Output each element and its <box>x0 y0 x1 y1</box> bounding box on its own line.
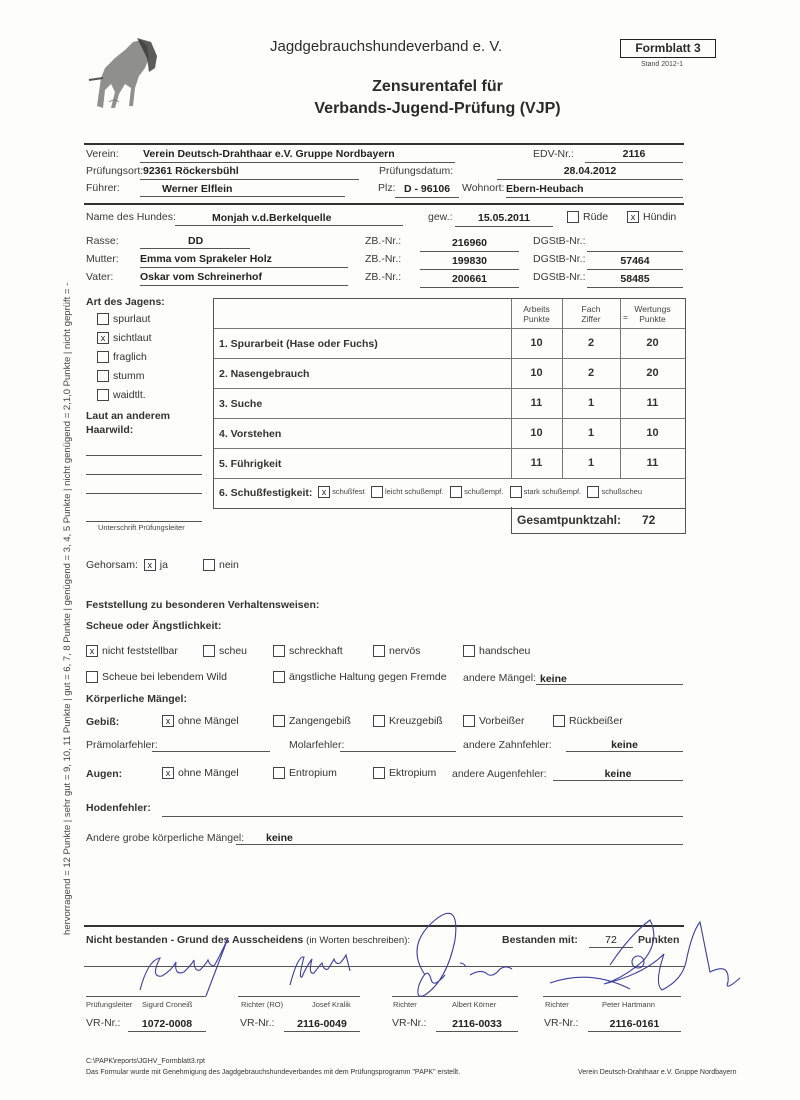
option-label: ohne Mängel <box>178 715 239 727</box>
option-label: stumm <box>113 370 145 382</box>
checkbox[interactable] <box>510 486 522 498</box>
verein-label: Verein: <box>86 148 119 160</box>
option-label: stark schußempf. <box>524 487 582 496</box>
col-arbeits-header: ArbeitsPunkte <box>511 304 562 324</box>
jagen-options: spurlaut xsichtlaut fraglich stumm waidt… <box>97 313 152 408</box>
molar-field[interactable] <box>340 739 456 752</box>
koerper-title: Körperliche Mängel: <box>86 693 187 705</box>
judge-name: Albert Körner <box>452 1000 496 1009</box>
vr-label: VR-Nr.: <box>544 1017 578 1029</box>
gebiss-option[interactable]: Zangengebiß <box>273 715 351 727</box>
score-row: 5. Führigkeit 11 1 11 <box>214 448 685 479</box>
praemolar-label: Prämolarfehler: <box>86 739 158 751</box>
row-label: 5. Führigkeit <box>219 458 281 470</box>
edv-label: EDV-Nr.: <box>533 148 574 160</box>
checkbox[interactable]: x <box>162 715 174 727</box>
option-label: Ektropium <box>389 767 436 779</box>
checkbox[interactable] <box>273 715 285 727</box>
augen-option[interactable]: Entropium <box>273 767 337 779</box>
form-version: Stand 2012-1 <box>641 61 683 68</box>
wertung-cell: 20 <box>620 367 685 379</box>
col-wertung-header: WertungsPunkte <box>620 304 685 324</box>
vr-label: VR-Nr.: <box>240 1017 274 1029</box>
checkbox[interactable] <box>97 389 109 401</box>
vater-zb-label: ZB.-Nr.: <box>365 271 401 283</box>
hoden-label: Hodenfehler: <box>86 802 151 814</box>
fach-cell: 1 <box>562 457 620 469</box>
grobe-maengel-field[interactable]: keine <box>236 832 683 845</box>
equals-sign: = <box>623 312 628 322</box>
mutter-label: Mutter: <box>86 253 119 265</box>
judge-name: Peter Hartmann <box>602 1000 655 1009</box>
verhalten-title: Feststellung zu besonderen Verhaltenswei… <box>86 599 319 611</box>
total-label: Gesamtpunktzahl: <box>517 513 621 527</box>
row-label: 2. Nasengebrauch <box>219 368 309 380</box>
arbeits-cell[interactable]: 11 <box>511 397 562 409</box>
huendin-box[interactable]: x <box>627 211 639 223</box>
vr-label: VR-Nr.: <box>86 1017 120 1029</box>
gebiss-option[interactable]: Vorbeißer <box>463 715 525 727</box>
jagen-option[interactable]: spurlaut <box>97 313 152 332</box>
checkbox[interactable] <box>373 715 385 727</box>
option-label: leicht schußempf. <box>385 487 444 496</box>
gebiss-option[interactable]: xohne Mängel <box>162 715 239 727</box>
jagen-option[interactable]: stumm <box>97 370 152 389</box>
zahnfehler-field[interactable]: keine <box>566 739 683 752</box>
augenfehler-field[interactable]: keine <box>553 768 683 781</box>
vater-field[interactable]: Oskar vom Schreinerhof <box>140 271 348 286</box>
option-label: spurlaut <box>113 313 150 325</box>
dgstb-label: DGStB-Nr.: <box>533 235 586 247</box>
fach-cell: 1 <box>562 397 620 409</box>
score-row: 4. Vorstehen 10 1 10 <box>214 418 685 449</box>
gehorsam-nein[interactable]: nein <box>203 559 239 571</box>
arbeits-cell[interactable]: 10 <box>511 337 562 349</box>
judge-name: Josef Kralik <box>312 1000 351 1009</box>
fach-cell: 2 <box>562 337 620 349</box>
laut-line-2[interactable] <box>86 474 202 475</box>
total-box: Gesamtpunktzahl: 72 <box>511 507 686 534</box>
vr-label: VR-Nr.: <box>392 1017 426 1029</box>
checkbox[interactable] <box>463 715 475 727</box>
checkbox[interactable] <box>450 486 462 498</box>
jagen-option[interactable]: waidtlt. <box>97 389 152 408</box>
checkbox[interactable] <box>97 370 109 382</box>
gehorsam-row: Gehorsam: xja <box>86 559 168 571</box>
vr-field[interactable]: 2116-0161 <box>588 1018 681 1032</box>
checkbox[interactable] <box>273 767 285 779</box>
signature-label: Unterschrift Prüfungsleiter <box>98 523 185 532</box>
wohnort-label: Wohnort: <box>462 182 504 194</box>
gehorsam-label: Gehorsam: <box>86 559 138 571</box>
option-label: schreckhaft <box>289 645 343 657</box>
total-value: 72 <box>642 513 655 527</box>
wohnort-field[interactable]: Ebern-Heubach <box>506 183 683 198</box>
organization-name: Jagdgebrauchshundeverband e. V. <box>270 38 502 55</box>
jagen-option[interactable]: xsichtlaut <box>97 332 152 351</box>
schuss-option[interactable]: schußempf. <box>450 487 503 496</box>
augen-option[interactable]: Ektropium <box>373 767 436 779</box>
pruefungsort-field[interactable]: 92361 Röckersbühl <box>140 165 359 180</box>
vater-dgstb-label: DGStB-Nr.: <box>533 271 586 283</box>
judge-role: Prüfungsleiter <box>86 1000 132 1009</box>
checkbox[interactable] <box>587 486 599 498</box>
scheue-option[interactable]: scheu <box>203 645 247 657</box>
handwritten-signatures-icon <box>80 905 800 1015</box>
option-label: Scheue bei lebendem Wild <box>102 671 227 683</box>
jagen-title: Art des Jagens: <box>86 296 165 308</box>
arbeits-cell[interactable]: 10 <box>511 427 562 439</box>
vater-dgstb-field[interactable]: 58485 <box>587 273 683 288</box>
ruede-label: Rüde <box>583 211 608 223</box>
ja-label: ja <box>160 559 168 571</box>
col-fach-header: FachZiffer <box>562 304 620 324</box>
laut-line-3[interactable] <box>86 493 202 494</box>
scheue-option[interactable]: ängstliche Haltung gegen Fremde <box>273 671 447 683</box>
option-label: Vorbeißer <box>479 715 525 727</box>
augen-label: Augen: <box>86 768 122 780</box>
option-label: fraglich <box>113 351 147 363</box>
row-label: 1. Spurarbeit (Hase oder Fuchs) <box>219 338 378 350</box>
option-label: scheu <box>219 645 247 657</box>
option-label: nicht feststellbar <box>102 645 178 657</box>
augenfehler-label: andere Augenfehler: <box>452 768 547 780</box>
hundename-field[interactable]: Monjah v.d.Berkelquelle <box>175 212 403 226</box>
wertung-cell: 11 <box>620 457 685 469</box>
gehorsam-ja-checkbox[interactable]: x <box>144 559 156 571</box>
page-title-line1: Zensurentafel für <box>0 78 800 96</box>
option-label: Zangengebiß <box>289 715 351 727</box>
schuss-options: x schußfest leicht schußempf. schußempf.… <box>318 486 642 498</box>
gehorsam-nein-checkbox[interactable] <box>203 559 215 571</box>
schuss-label: 6. Schußfestigkeit: <box>219 487 312 499</box>
praemolar-field[interactable] <box>152 739 270 752</box>
ruede-box[interactable] <box>567 211 579 223</box>
schuss-option[interactable]: stark schußempf. <box>510 487 582 496</box>
option-label: sichtlaut <box>113 332 152 344</box>
rasse-label: Rasse: <box>86 235 119 247</box>
jagen-option[interactable]: fraglich <box>97 351 152 370</box>
gebiss-option[interactable]: Rückbeißer <box>553 715 623 727</box>
andere-maengel-label: andere Mängel: <box>463 672 536 684</box>
mutter-zb-field[interactable]: 199830 <box>420 255 519 270</box>
checkbox[interactable]: x <box>318 486 330 498</box>
option-label: Entropium <box>289 767 337 779</box>
gew-label: gew.: <box>428 211 453 223</box>
checkbox[interactable] <box>97 313 109 325</box>
mutter-dgstb-label: DGStB-Nr.: <box>533 253 586 265</box>
schuss-option[interactable]: x schußfest <box>318 487 365 496</box>
vater-zb-field[interactable]: 200661 <box>420 273 519 288</box>
nein-label: nein <box>219 559 239 571</box>
judge-role: Richter <box>393 1000 417 1009</box>
zb-label: ZB.-Nr.: <box>365 235 401 247</box>
row-label: 3. Suche <box>219 398 262 410</box>
gebiss-label: Gebiß: <box>86 716 119 728</box>
scheue-option[interactable]: schreckhaft <box>273 645 343 657</box>
score-row: 1. Spurarbeit (Hase oder Fuchs) 10 2 20 <box>214 328 685 359</box>
molar-label: Molarfehler: <box>289 739 344 751</box>
hundename-label: Name des Hundes: <box>86 211 176 223</box>
schuss-option[interactable]: leicht schußempf. <box>371 487 444 496</box>
pruefungsdatum-label: Prüfungsdatum: <box>379 165 453 177</box>
huendin-label: Hündin <box>643 211 676 223</box>
footer-path: C:\PAPK\reports\JGHV_Formblatt3.rpt <box>86 1058 205 1065</box>
fuehrer-label: Führer: <box>86 182 120 194</box>
checkbox[interactable] <box>97 351 109 363</box>
gew-field[interactable]: 15.05.2011 <box>455 212 553 227</box>
score-row: 3. Suche 11 1 11 <box>214 388 685 419</box>
option-label: Kreuzgebiß <box>389 715 443 727</box>
wertung-cell: 20 <box>620 337 685 349</box>
divider-event <box>84 203 684 205</box>
zb-field[interactable]: 216960 <box>420 237 519 252</box>
row-label: 4. Vorstehen <box>219 428 281 440</box>
pruefungsdatum-field[interactable]: 28.04.2012 <box>497 165 683 180</box>
gebiss-option[interactable]: Kreuzgebiß <box>373 715 443 727</box>
laut-title-1: Laut an anderem <box>86 410 170 422</box>
grading-scale-legend: hervorragend = 12 Punkte | sehr gut = 9,… <box>62 283 73 935</box>
option-label: waidtlt. <box>113 389 146 401</box>
wertung-cell: 11 <box>620 397 685 409</box>
option-label: Rückbeißer <box>569 715 623 727</box>
vater-label: Vater: <box>86 271 113 283</box>
checkbox[interactable] <box>373 645 385 657</box>
vr-field[interactable]: 2116-0033 <box>436 1018 518 1032</box>
arbeits-cell[interactable]: 11 <box>511 457 562 469</box>
laut-title-2: Haarwild: <box>86 424 133 436</box>
checkbox[interactable] <box>86 671 98 683</box>
hoden-field[interactable] <box>162 803 683 817</box>
checkbox[interactable] <box>273 671 285 683</box>
option-label: schußscheu <box>602 487 642 496</box>
score-row: 2. Nasengebrauch 10 2 20 <box>214 358 685 389</box>
checkbox[interactable] <box>553 715 565 727</box>
pruefungsort-label: Prüfungsort: <box>86 165 143 177</box>
judge-role: Richter (RO) <box>241 1000 283 1009</box>
scheue-title: Scheue oder Ängstlichkeit: <box>86 620 221 632</box>
option-label: nervös <box>389 645 421 657</box>
plz-field[interactable]: D - 96106 <box>395 183 459 198</box>
vr-field[interactable]: 2116-0049 <box>284 1018 360 1032</box>
fuehrer-field[interactable]: Werner Elflein <box>140 183 345 197</box>
checkbox[interactable] <box>273 645 285 657</box>
zahnfehler-label: andere Zahnfehler: <box>463 739 552 751</box>
scheue-option[interactable]: Scheue bei lebendem Wild <box>86 671 227 683</box>
augen-option[interactable]: xohne Mängel <box>162 767 239 779</box>
divider-top <box>84 143 684 145</box>
vr-field[interactable]: 1072-0008 <box>128 1018 206 1032</box>
option-label: schußfest <box>332 487 365 496</box>
arbeits-cell[interactable]: 10 <box>511 367 562 379</box>
option-label: handscheu <box>479 645 530 657</box>
footer-note: Das Formular wurde mit Genehmigung des J… <box>86 1069 460 1076</box>
scores-table: ArbeitsPunkte FachZiffer WertungsPunkte … <box>213 298 686 509</box>
scheue-option[interactable]: xnicht feststellbar <box>86 645 178 657</box>
checkbox[interactable] <box>371 486 383 498</box>
edv-field[interactable]: 2116 <box>585 148 683 163</box>
scheue-option[interactable]: nervös <box>373 645 421 657</box>
mutter-dgstb-field[interactable]: 57464 <box>587 255 683 270</box>
verein-field[interactable]: Verein Deutsch-Drahthaar e.V. Gruppe Nor… <box>140 148 455 163</box>
page-title-line2: Verbands-Jugend-Prüfung (VJP) <box>0 100 800 118</box>
scheue-option[interactable]: handscheu <box>463 645 530 657</box>
plz-label: Plz: <box>378 182 396 194</box>
grobe-maengel-label: Andere grobe körperliche Mängel: <box>86 832 244 844</box>
signature-line[interactable] <box>86 521 202 522</box>
option-label: schußempf. <box>464 487 503 496</box>
checkbox[interactable] <box>463 645 475 657</box>
schuss-option[interactable]: schußscheu <box>587 487 642 496</box>
ruede-checkbox[interactable]: Rüde <box>567 211 608 223</box>
judge-role: Richter <box>545 1000 569 1009</box>
andere-maengel-field[interactable]: keine <box>536 673 683 685</box>
checkbox[interactable] <box>373 767 385 779</box>
form-label-box: Formblatt 3 <box>620 39 716 58</box>
checkbox[interactable]: x <box>162 767 174 779</box>
laut-line-1[interactable] <box>86 455 202 456</box>
option-label: ängstliche Haltung gegen Fremde <box>289 671 447 683</box>
mutter-zb-label: ZB.-Nr.: <box>365 253 401 265</box>
rasse-field[interactable]: DD <box>140 235 250 249</box>
schuss-row: 6. Schußfestigkeit: x schußfest leicht s… <box>214 478 685 508</box>
wertung-cell: 10 <box>620 427 685 439</box>
checkbox[interactable] <box>203 645 215 657</box>
footer-club: Verein Deutsch-Drahthaar e.V. Gruppe Nor… <box>578 1069 737 1076</box>
judge-name: Sigurd Croneiß <box>142 1000 192 1009</box>
option-label: ohne Mängel <box>178 767 239 779</box>
dgstb-field[interactable] <box>587 237 683 252</box>
mutter-field[interactable]: Emma vom Sprakeler Holz <box>140 253 348 268</box>
checkbox[interactable]: x <box>86 645 98 657</box>
checkbox[interactable]: x <box>97 332 109 344</box>
fach-cell: 1 <box>562 427 620 439</box>
huendin-checkbox[interactable]: xHündin <box>627 211 676 223</box>
fach-cell: 2 <box>562 367 620 379</box>
